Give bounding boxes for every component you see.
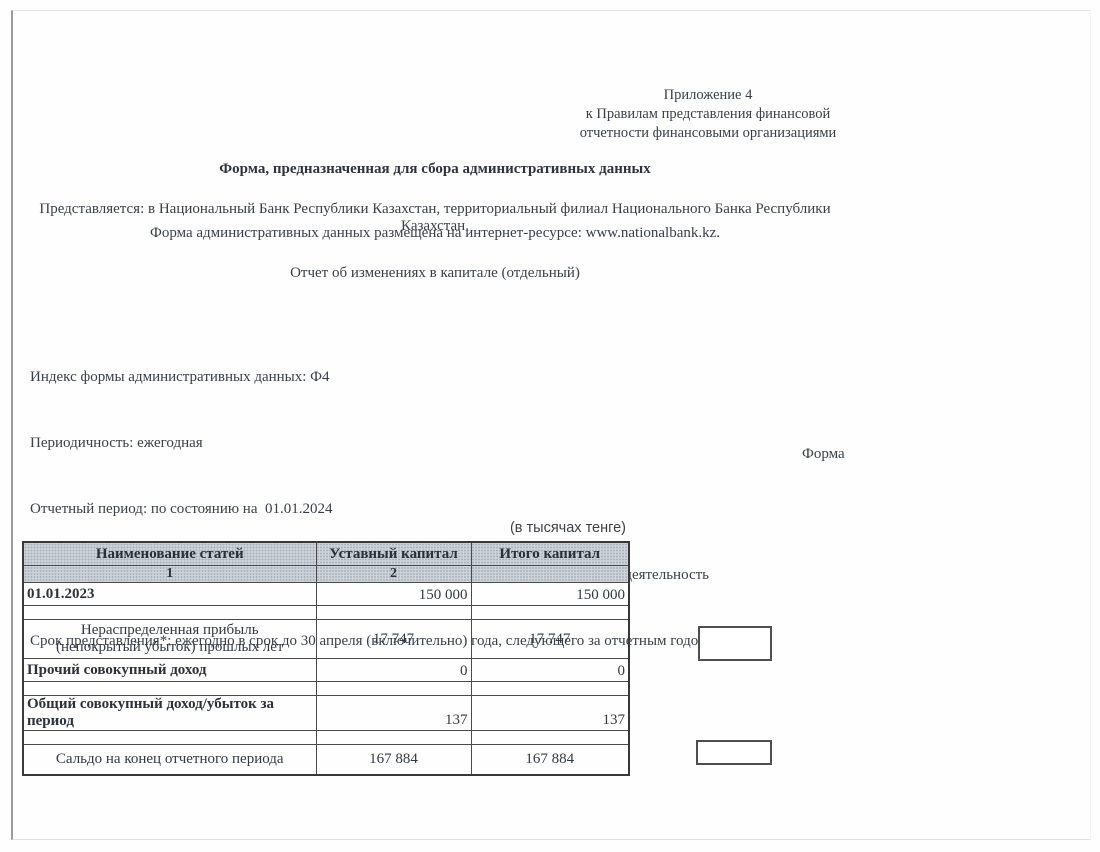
row-value: 167 884 [316,745,471,775]
form-info-periodicity: Периодичность: ежегодная [30,432,790,454]
row-value: 0 [316,659,471,682]
row-label: 01.01.2023 [23,583,316,606]
table-row [23,731,629,745]
table-row: Прочий совокупный доход00 [23,659,629,682]
appendix-line: к Правилам представления финансовой [563,105,853,124]
row-value: 137 [471,696,629,731]
table-row: Нераспределенная прибыль (непокрытый убы… [23,620,629,659]
row-value: 0 [471,659,629,682]
units-note: (в тысячах тенге) [22,520,626,536]
row-label: Общий совокупный доход/убыток за период [23,696,316,731]
table-header-row: Наименование статей Уставный капитал Ито… [23,542,629,566]
form-info-reporting-period: Отчетный период: по состоянию на 01.01.2… [30,498,790,520]
table-row: Сальдо на конец отчетного периода167 884… [23,745,629,775]
appendix-line: отчетности финансовыми организациями [563,124,853,143]
row-value: 17 747 [471,620,629,659]
table-row [23,606,629,620]
form-info-index: Индекс формы административных данных: Ф4 [30,366,790,388]
column-header-items: Наименование статей [23,542,316,566]
submission-line: Форма административных данных размещена … [20,225,850,242]
appendix-line: Приложение 4 [563,86,853,105]
row-value [316,606,471,620]
row-label: Сальдо на конец отчетного периода [23,745,316,775]
row-value: 150 000 [471,583,629,606]
row-label [23,682,316,696]
row-value [316,731,471,745]
row-value [316,682,471,696]
column-number: 1 [23,566,316,583]
column-number-row: 1 2 [23,566,629,583]
row-value: 167 884 [471,745,629,775]
capital-changes-table: Наименование статей Уставный капитал Ито… [22,541,630,776]
table-body: 01.01.2023150 000150 000Нераспределенная… [23,583,629,775]
report-title: Отчет об изменениях в капитале (отдельны… [20,265,850,282]
column-number: 2 [316,566,471,583]
table-row: Общий совокупный доход/убыток за период1… [23,696,629,731]
form-label: Форма [802,446,845,463]
scanned-document-page: Приложение 4 к Правилам представления фи… [0,0,1100,852]
row-label: Нераспределенная прибыль (непокрытый убы… [23,620,316,659]
blank-stamp-box [698,626,772,661]
row-label: Прочий совокупный доход [23,659,316,682]
blank-stamp-box [696,740,772,765]
appendix-block: Приложение 4 к Правилам представления фи… [563,86,853,143]
column-header-total-capital: Итого капитал [471,542,629,566]
column-header-charter-capital: Уставный капитал [316,542,471,566]
row-value [471,731,629,745]
form-purpose-title: Форма, предназначенная для сбора админис… [20,161,850,178]
row-value: 150 000 [316,583,471,606]
table-row [23,682,629,696]
row-value [471,606,629,620]
row-value [471,682,629,696]
row-value: 137 [316,696,471,731]
column-number [471,566,629,583]
row-label [23,731,316,745]
row-label [23,606,316,620]
row-value: 17 747 [316,620,471,659]
table-row: 01.01.2023150 000150 000 [23,583,629,606]
